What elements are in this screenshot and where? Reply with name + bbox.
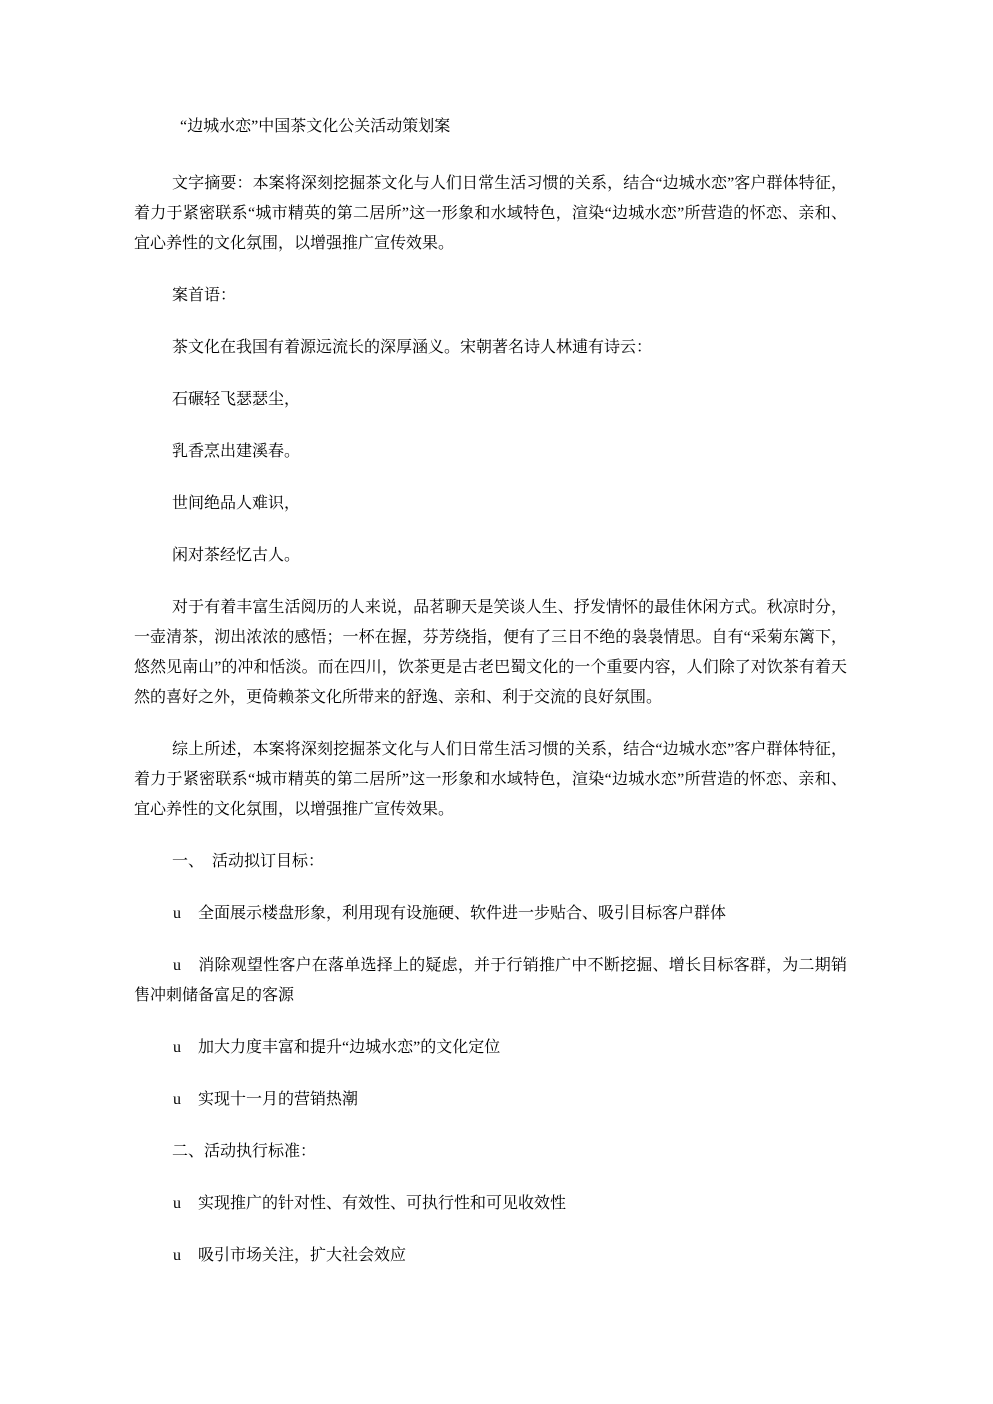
paragraph: 文字摘要：本案将深刻挖掘茶文化与人们日常生活习惯的关系，结合“边城水恋”客户群体…: [134, 169, 847, 259]
bullet-text: 实现推广的针对性、有效性、可执行性和可见收效性: [198, 1195, 566, 1212]
bullet-item: u加大力度丰富和提升“边城水恋”的文化定位: [134, 1033, 847, 1063]
document-content: “边城水恋”中国茶文化公关活动策划案文字摘要：本案将深刻挖掘茶文化与人们日常生活…: [0, 0, 993, 1333]
bullet-item: u全面展示楼盘形象，利用现有设施硬、软件进一步贴合、吸引目标客户群体: [134, 899, 847, 929]
bullet-marker: u: [173, 905, 198, 922]
document-page: “边城水恋”中国茶文化公关活动策划案文字摘要：本案将深刻挖掘茶文化与人们日常生活…: [0, 0, 993, 1404]
section-heading: 二、活动执行标准：: [134, 1137, 847, 1167]
poem-line: 世间绝品人难识，: [134, 489, 847, 519]
poem-line: 石碾轻飞瑟瑟尘，: [134, 385, 847, 415]
bullet-marker: u: [173, 1039, 198, 1056]
bullet-marker: u: [173, 1195, 198, 1212]
document-title: “边城水恋”中国茶文化公关活动策划案: [134, 112, 847, 142]
bullet-marker: u: [173, 957, 198, 974]
paragraph: 茶文化在我国有着源远流长的深厚涵义。宋朝著名诗人林逋有诗云：: [134, 333, 847, 363]
poem-line: 乳香烹出建溪春。: [134, 437, 847, 467]
paragraph: 综上所述，本案将深刻挖掘茶文化与人们日常生活习惯的关系，结合“边城水恋”客户群体…: [134, 735, 847, 825]
section-heading: 一、 活动拟订目标：: [134, 847, 847, 877]
bullet-text: 消除观望性客户在落单选择上的疑虑，并于行销推广中不断挖掘、增长目标客群，为二期销…: [134, 957, 847, 1004]
bullet-text: 实现十一月的营销热潮: [198, 1091, 358, 1108]
bullet-item: u实现推广的针对性、有效性、可执行性和可见收效性: [134, 1189, 847, 1219]
paragraph: 对于有着丰富生活阅历的人来说，品茗聊天是笑谈人生、抒发情怀的最佳休闲方式。秋凉时…: [134, 593, 847, 713]
bullet-text: 吸引市场关注，扩大社会效应: [198, 1247, 406, 1264]
bullet-marker: u: [173, 1247, 198, 1264]
bullet-marker: u: [173, 1091, 198, 1108]
bullet-item: u消除观望性客户在落单选择上的疑虑，并于行销推广中不断挖掘、增长目标客群，为二期…: [134, 951, 847, 1011]
poem-line: 闲对茶经忆古人。: [134, 541, 847, 571]
paragraph: 案首语：: [134, 281, 847, 311]
bullet-item: u实现十一月的营销热潮: [134, 1085, 847, 1115]
bullet-text: 加大力度丰富和提升“边城水恋”的文化定位: [198, 1039, 500, 1056]
bullet-text: 全面展示楼盘形象，利用现有设施硬、软件进一步贴合、吸引目标客户群体: [198, 905, 726, 922]
bullet-item: u吸引市场关注，扩大社会效应: [134, 1241, 847, 1271]
